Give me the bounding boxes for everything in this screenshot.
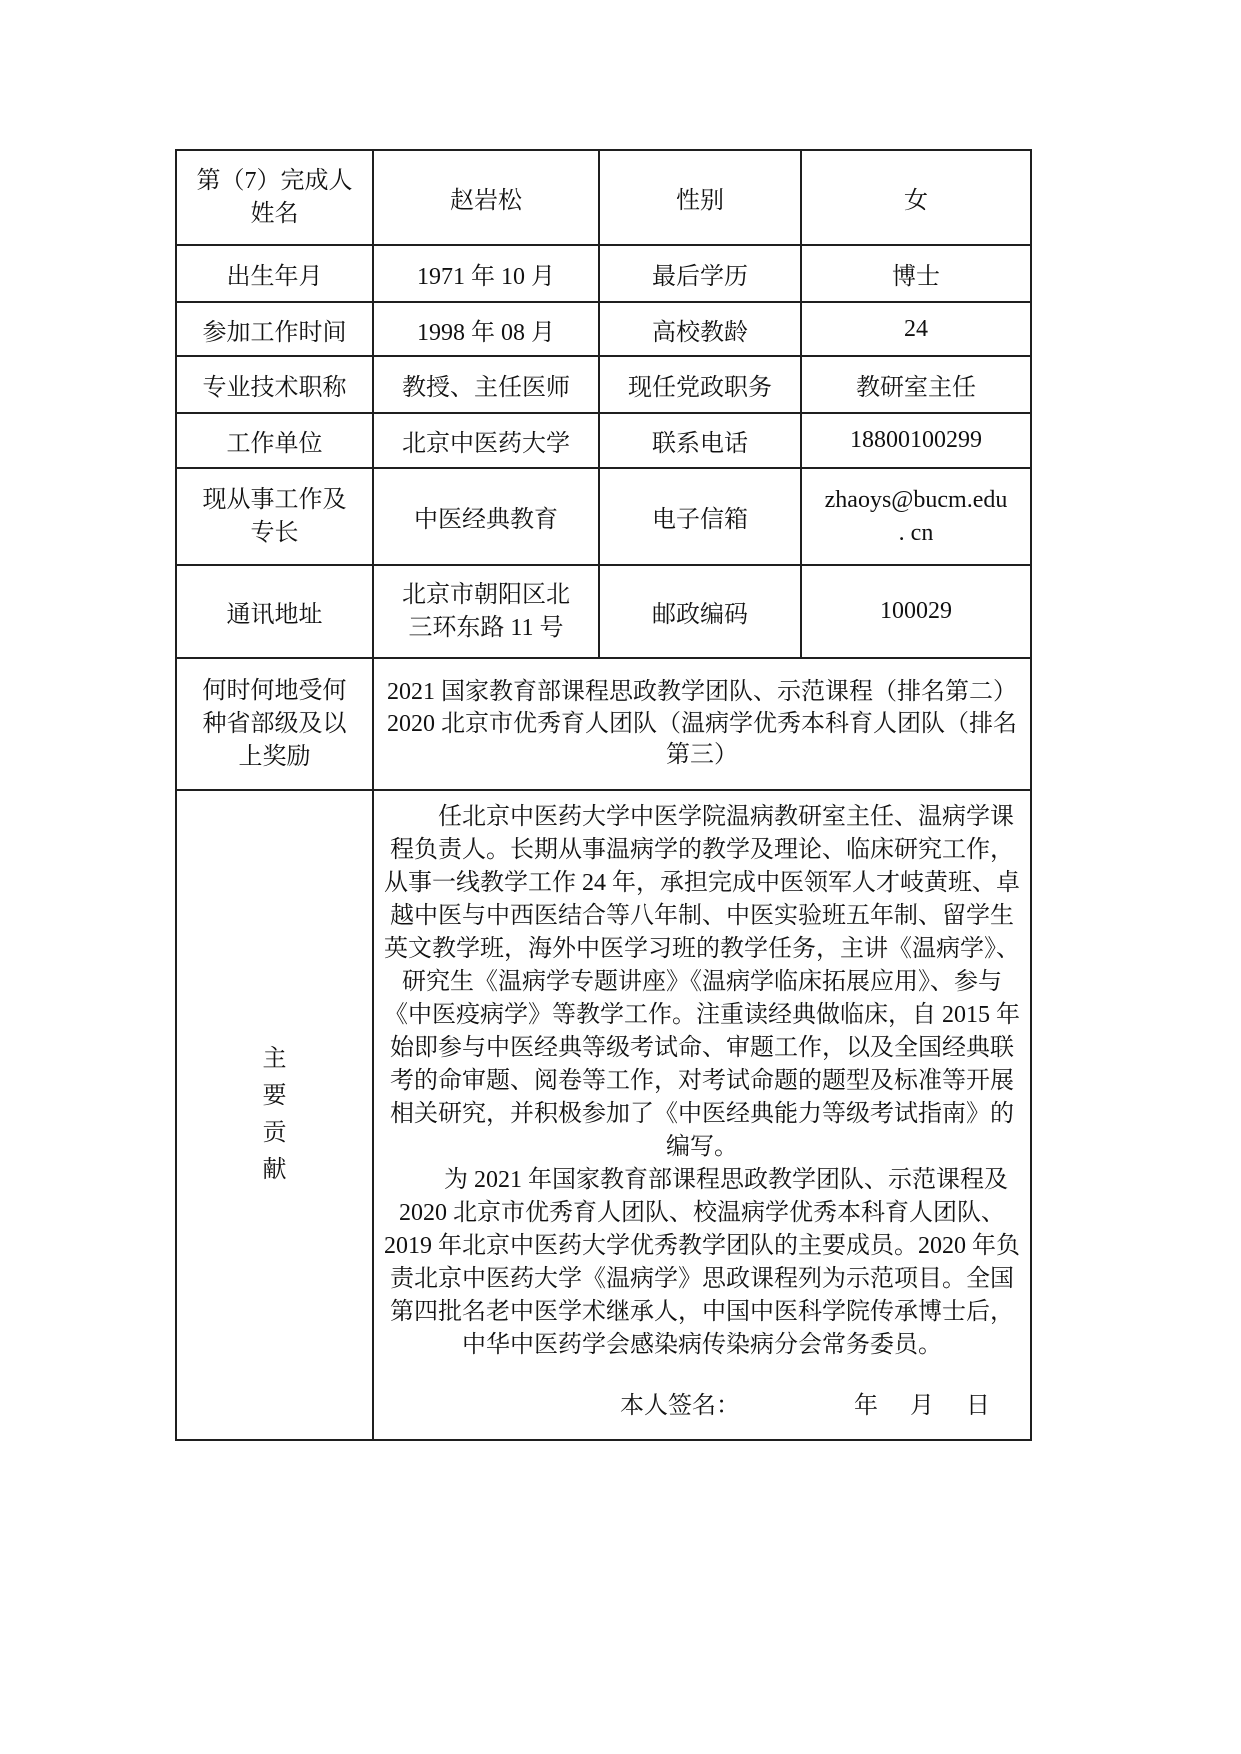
field-label-work-start: 参加工作时间 (176, 302, 373, 356)
award-item: 2021 国家教育部课程思政教学团队、示范课程（排名第二） (380, 677, 1024, 708)
field-label-main-contribution: 主 要 贡 献 (176, 790, 373, 1440)
document-page: 第（7）完成人 姓名 赵岩松 性别 女 出生年月 1971 年 10 月 最后学… (0, 0, 1241, 1754)
field-value-current-position: 教研室主任 (801, 356, 1031, 413)
field-label-employer: 工作单位 (176, 413, 373, 468)
field-value-awards: 2021 国家教育部课程思政教学团队、示范课程（排名第二） 2020 北京市优秀… (373, 658, 1031, 790)
signature-date-month: 月 (910, 1390, 934, 1423)
field-value-email: zhaoys@bucm.edu . cn (801, 468, 1031, 565)
contribution-label-char: 要 (183, 1078, 366, 1115)
field-label-awards: 何时何地受何 种省部级及以 上奖励 (176, 658, 373, 790)
table-row: 通讯地址 北京市朝阳区北 三环东路 11 号 邮政编码 100029 (176, 565, 1031, 658)
field-value-phone: 18800100299 (801, 413, 1031, 468)
field-label-mailing-address: 通讯地址 (176, 565, 373, 658)
completer-info-table: 第（7）完成人 姓名 赵岩松 性别 女 出生年月 1971 年 10 月 最后学… (175, 149, 1032, 1441)
field-label-postal-code: 邮政编码 (599, 565, 801, 658)
contribution-label-char: 献 (183, 1152, 366, 1189)
field-value-final-degree: 博士 (801, 245, 1031, 302)
field-label-professional-title: 专业技术职称 (176, 356, 373, 413)
table-row: 第（7）完成人 姓名 赵岩松 性别 女 (176, 150, 1031, 245)
contribution-label-char: 主 (183, 1041, 366, 1078)
field-label-teaching-years: 高校教龄 (599, 302, 801, 356)
field-value-employer: 北京中医药大学 (373, 413, 599, 468)
field-label-email: 电子信箱 (599, 468, 801, 565)
field-label-phone: 联系电话 (599, 413, 801, 468)
field-label-completer-name: 第（7）完成人 姓名 (176, 150, 373, 245)
signature-label: 本人签名： (620, 1390, 740, 1423)
field-label-current-position: 现任党政职务 (599, 356, 801, 413)
table-row: 何时何地受何 种省部级及以 上奖励 2021 国家教育部课程思政教学团队、示范课… (176, 658, 1031, 790)
table-row: 主 要 贡 献 任北京中医药大学中医学院温病教研室主任、温病学课程负责人。长期从… (176, 790, 1031, 1440)
signature-row: 本人签名： 年 月 日 (380, 1384, 1024, 1430)
field-value-teaching-years: 24 (801, 302, 1031, 356)
field-value-work-start: 1998 年 08 月 (373, 302, 599, 356)
table-row: 工作单位 北京中医药大学 联系电话 18800100299 (176, 413, 1031, 468)
contribution-paragraph: 任北京中医药大学中医学院温病教研室主任、温病学课程负责人。长期从事温病学的教学及… (380, 801, 1024, 1164)
field-value-current-work: 中医经典教育 (373, 468, 599, 565)
signature-date-day: 日 (966, 1390, 990, 1423)
field-value-completer-name: 赵岩松 (373, 150, 599, 245)
contribution-paragraph: 为 2021 年国家教育部课程思政教学团队、示范课程及 2020 北京市优秀育人… (380, 1164, 1024, 1362)
field-label-gender: 性别 (599, 150, 801, 245)
award-item: 2020 北京市优秀育人团队（温病学优秀本科育人团队（排名第三） (380, 709, 1024, 771)
field-value-gender: 女 (801, 150, 1031, 245)
field-label-current-work: 现从事工作及 专长 (176, 468, 373, 565)
contribution-label-char: 贡 (183, 1115, 366, 1152)
field-value-mailing-address: 北京市朝阳区北 三环东路 11 号 (373, 565, 599, 658)
table-row: 现从事工作及 专长 中医经典教育 电子信箱 zhaoys@bucm.edu . … (176, 468, 1031, 565)
field-label-birth-date: 出生年月 (176, 245, 373, 302)
table-row: 出生年月 1971 年 10 月 最后学历 博士 (176, 245, 1031, 302)
field-label-final-degree: 最后学历 (599, 245, 801, 302)
signature-date: 年 月 日 (854, 1390, 990, 1423)
table-row: 参加工作时间 1998 年 08 月 高校教龄 24 (176, 302, 1031, 356)
table-row: 专业技术职称 教授、主任医师 现任党政职务 教研室主任 (176, 356, 1031, 413)
field-value-birth-date: 1971 年 10 月 (373, 245, 599, 302)
field-value-main-contribution: 任北京中医药大学中医学院温病教研室主任、温病学课程负责人。长期从事温病学的教学及… (373, 790, 1031, 1440)
field-value-professional-title: 教授、主任医师 (373, 356, 599, 413)
signature-date-year: 年 (854, 1390, 878, 1423)
field-value-postal-code: 100029 (801, 565, 1031, 658)
